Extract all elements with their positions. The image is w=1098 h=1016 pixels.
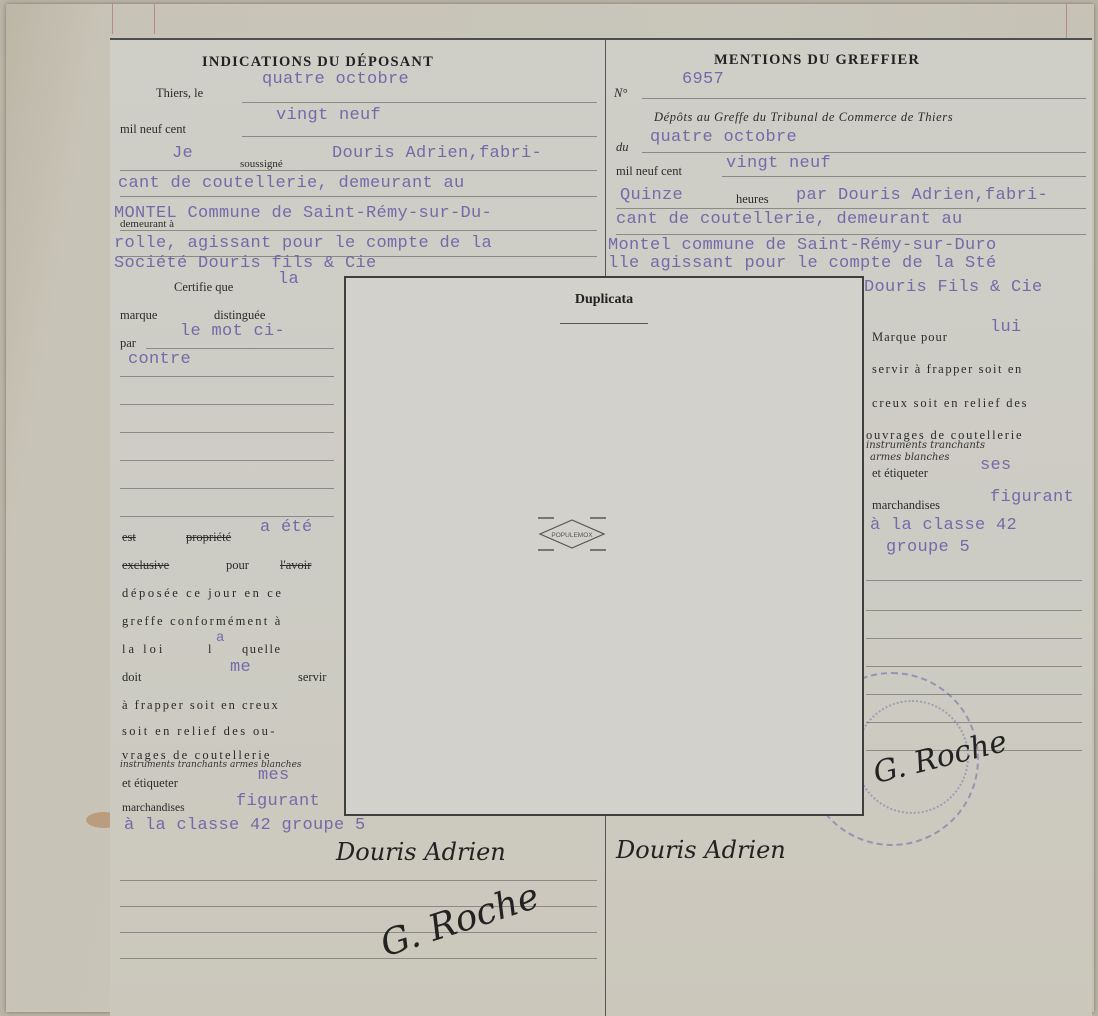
handwritten-note-1: instruments tranchants (866, 440, 985, 451)
soussigne-label: soussigné (240, 158, 283, 170)
greffier-line-4: lle agissant pour le compte de la Sté (608, 254, 997, 273)
du-label: du (616, 140, 629, 155)
par-value-2: contre (128, 350, 191, 369)
greffier-line-2: cant de coutellerie, demeurant au (616, 210, 963, 229)
par-value: le mot ci- (180, 322, 285, 341)
duplicata-box: Duplicata POPULEMOX (344, 276, 864, 816)
year-value: vingt neuf (276, 106, 381, 125)
handwritten-note-2: armes blanches (870, 452, 950, 463)
form-rule (866, 666, 1082, 667)
propriete-struck: propriété (186, 530, 231, 545)
greffe-line: greffe conformément à (122, 614, 283, 629)
margin-rule (154, 4, 155, 34)
deposant-line-5: Société Douris fils & Cie (114, 254, 377, 273)
ledger-page: INDICATIONS DU DÉPOSANT Thiers, le quatr… (6, 4, 1094, 1012)
greffier-line-1: par Douris Adrien,fabri- (796, 186, 1048, 205)
left-heading: INDICATIONS DU DÉPOSANT (202, 54, 434, 71)
lquelle-a: a (216, 630, 225, 646)
margin-rule (112, 4, 113, 34)
lui-value: lui (990, 318, 1022, 337)
signature-deposant-left: Douris Adrien (336, 838, 506, 866)
form-rule (120, 488, 334, 489)
certifie-label: Certifie que (174, 280, 233, 295)
form-rule (866, 638, 1082, 639)
form-rule (120, 376, 334, 377)
me-value: me (230, 658, 251, 677)
frapper-line: à frapper soit en creux (122, 698, 280, 713)
creux-line: creux soit en relief des (872, 396, 1028, 411)
heures-value: Quinze (620, 186, 683, 205)
form-rule (120, 932, 597, 933)
distinguee-label: distinguée (214, 308, 265, 323)
duplicata-title: Duplicata (346, 292, 862, 308)
stamp-text: POPULEMOX (551, 532, 593, 539)
signature-deposant-right: Douris Adrien (616, 836, 786, 864)
relief-line: soit en relief des ou- (122, 724, 277, 739)
mil-label: mil neuf cent (120, 122, 186, 137)
pour-label: pour (226, 558, 249, 573)
form-rule (242, 102, 597, 103)
form-rule (120, 516, 334, 517)
servir-line: servir à frapper soit en (872, 362, 1023, 377)
form-rule (722, 176, 1086, 177)
marchandises-label: marchandises (122, 802, 185, 814)
servir-label: servir (298, 670, 326, 685)
form-rule (616, 234, 1086, 235)
mes-value: mes (258, 766, 290, 785)
greffier-line-5: Douris Fils & Cie (864, 278, 1043, 297)
greffier-date-value: quatre octobre (650, 128, 797, 147)
signature-greffier-left: G. Roche (376, 876, 544, 966)
ses-value: ses (980, 456, 1012, 475)
heures-label: heures (736, 192, 769, 207)
greffier-line-3: Montel commune de Saint-Rémy-sur-Duro (608, 236, 997, 255)
thiers-label: Thiers, le (156, 86, 203, 101)
certifie-value: la (278, 270, 299, 289)
figurant-value-right: figurant (990, 488, 1074, 507)
duplicata-underline (560, 323, 648, 324)
classe-value-right: à la classe 42 (870, 516, 1017, 535)
marque-pour-label: Marque pour (872, 330, 948, 345)
form-rule (120, 432, 334, 433)
demeurant-label: demeurant à (120, 218, 174, 230)
trademark-stamp-icon: POPULEMOX (534, 510, 610, 554)
form-rule (120, 958, 597, 959)
form-rule (120, 230, 597, 231)
figurant-value: figurant (236, 792, 320, 811)
deposant-line-4: rolle, agissant pour le compte de la (114, 234, 492, 253)
groupe-value-right: groupe 5 (886, 538, 970, 557)
form-rule (866, 610, 1082, 611)
la-loi-label: la loi (122, 642, 165, 657)
deposant-line-2: cant de coutellerie, demeurant au (118, 174, 465, 193)
form-rule (146, 348, 334, 349)
exclusive-struck: exclusive (122, 558, 169, 573)
quelle-label: quelle (242, 642, 282, 657)
form-rule (866, 580, 1082, 581)
a-ete-value: a été (260, 518, 313, 537)
deposee-line: déposée ce jour en ce (122, 586, 284, 601)
greffier-year-value: vingt neuf (726, 154, 831, 173)
est-struck: est (122, 530, 136, 545)
form-rule (120, 404, 334, 405)
je-value: Je (172, 144, 193, 163)
deposant-line-1: Douris Adrien,fabri- (332, 144, 542, 163)
no-label: N° (614, 86, 627, 101)
par-label: par (120, 336, 136, 351)
marchandises-label-right: marchandises (872, 498, 940, 513)
marque-label: marque (120, 308, 157, 323)
form-rule (642, 152, 1086, 153)
form-rule (120, 170, 597, 171)
classe-value: à la classe 42 groupe 5 (124, 816, 366, 835)
form-rule (120, 460, 334, 461)
form-rule (120, 196, 597, 197)
lavoir-struck: l'avoir (280, 558, 311, 573)
doit-label: doit (122, 670, 141, 685)
etiqueter-label-right: et étiqueter (872, 466, 928, 481)
form-rule (642, 98, 1086, 99)
trademark-deposit-form: INDICATIONS DU DÉPOSANT Thiers, le quatr… (110, 38, 1092, 1016)
date-value: quatre octobre (262, 70, 409, 89)
depots-line: Dépôts au Greffe du Tribunal de Commerce… (654, 110, 953, 125)
form-rule (242, 136, 597, 137)
no-value: 6957 (682, 70, 724, 89)
lquelle-l: l (208, 642, 211, 657)
greffier-mil-label: mil neuf cent (616, 164, 682, 179)
right-heading: MENTIONS DU GREFFIER (714, 52, 920, 69)
form-rule (616, 208, 1086, 209)
etiqueter-label: et étiqueter (122, 776, 178, 791)
